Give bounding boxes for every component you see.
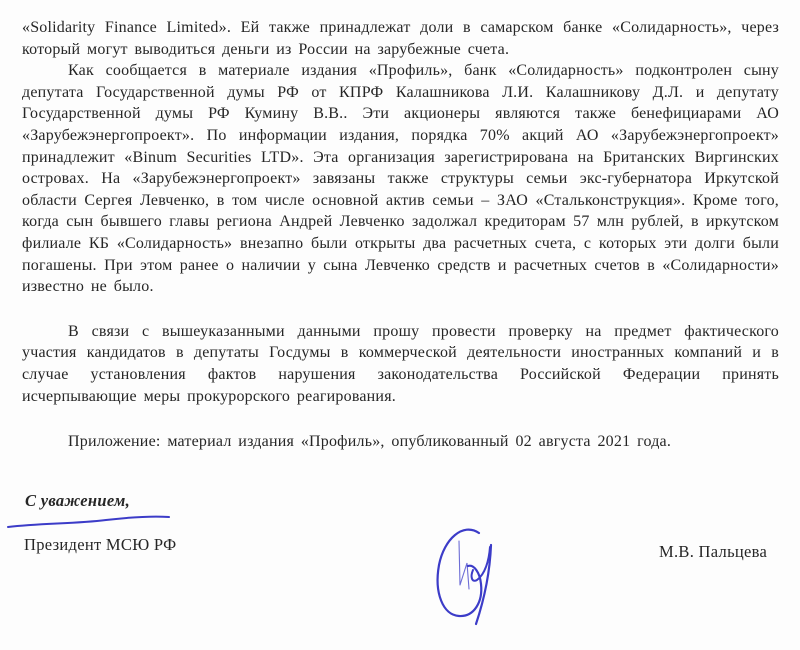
scanned-letter-page: «Solidarity Finance Limited». Ей также п…: [0, 0, 800, 650]
paragraph-request: В связи с вышеуказанными данными прошу п…: [22, 321, 779, 407]
salutation: С уважением,: [25, 491, 130, 511]
closing-block: С уважением, Президент МСЮ РФ М.В. Пальц…: [0, 453, 800, 648]
pen-underline-stroke-icon: [6, 513, 171, 529]
letter-body: «Solidarity Finance Limited». Ей также п…: [0, 0, 800, 453]
attachment-line: Приложение: материал издания «Профиль», …: [22, 431, 779, 453]
handwritten-signature-icon: [430, 525, 515, 627]
signer-name: М.В. Пальцева: [659, 542, 767, 562]
signer-title: Президент МСЮ РФ: [24, 535, 176, 555]
paragraph-continuation: «Solidarity Finance Limited». Ей также п…: [22, 17, 779, 60]
paragraph-main: Как сообщается в материале издания «Проф…: [22, 60, 779, 298]
